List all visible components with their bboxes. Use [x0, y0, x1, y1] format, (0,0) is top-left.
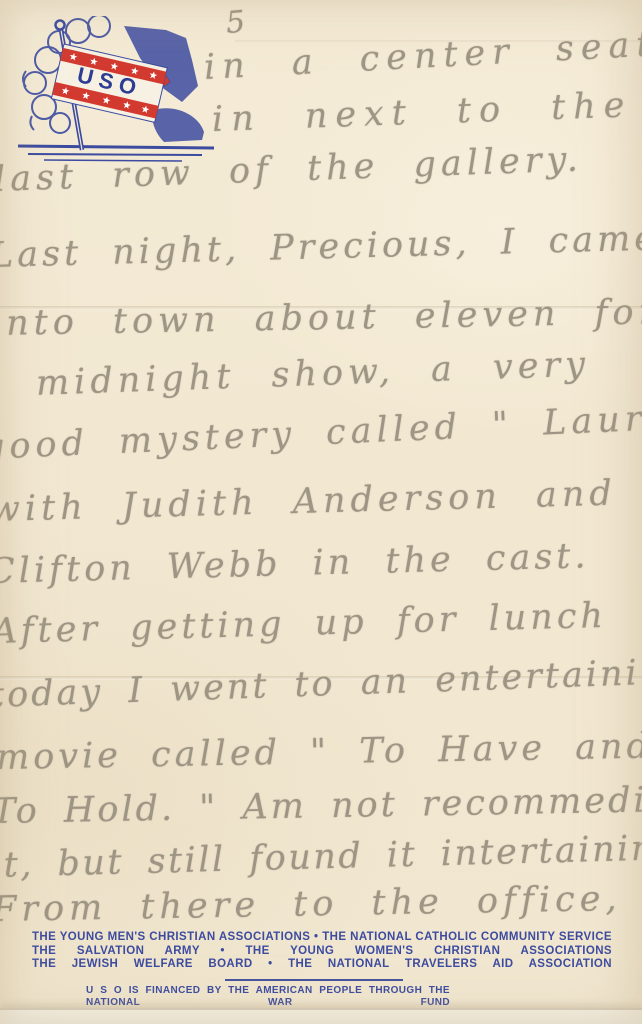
letter-line: with Judith Anderson and	[0, 474, 617, 530]
footer-divider	[225, 979, 403, 981]
letter-line: in a center seat	[203, 24, 642, 88]
letter-line: a midnight show, a very	[0, 345, 591, 406]
letterhead-footer: THE YOUNG MEN'S CHRISTIAN ASSOCIATIONS •…	[32, 931, 612, 972]
letter-line: Clifton Webb in the cast.	[0, 536, 590, 592]
letter-line: in next to the	[211, 85, 633, 140]
uso-flag-logo: USO	[16, 16, 220, 166]
cloud-shade-lower	[152, 108, 204, 142]
scan-edge	[0, 1008, 642, 1024]
letter-page: USO 5 in a center seat in next to the la…	[0, 0, 642, 1024]
footer-org-line: THE YOUNG MEN'S CHRISTIAN ASSOCIATIONS •…	[32, 931, 612, 945]
footer-funding-line: U S O IS FINANCED BY THE AMERICAN PEOPLE…	[86, 985, 450, 1009]
letter-line: good mystery called " Laura"	[0, 397, 642, 468]
footer-org-line: THE JEWISH WELFARE BOARD • THE NATIONAL …	[32, 958, 612, 972]
page-number: 5	[224, 4, 250, 41]
letter-line: From there to the office,	[0, 879, 622, 930]
letter-line: movie called " To Have and	[0, 727, 642, 778]
letter-line: today I went to an entertaining	[0, 652, 642, 716]
footer-org-line: THE SALVATION ARMY • THE YOUNG WOMEN'S C…	[32, 945, 612, 959]
letter-line: To Hold. " Am not recommeding	[0, 780, 642, 832]
letter-line: into town about eleven for	[0, 292, 642, 344]
letter-line: it, but still found it intertaining.	[0, 828, 642, 886]
letter-line: Last night, Precious, I came	[0, 218, 642, 276]
letter-line: After getting up for lunch	[0, 596, 607, 652]
